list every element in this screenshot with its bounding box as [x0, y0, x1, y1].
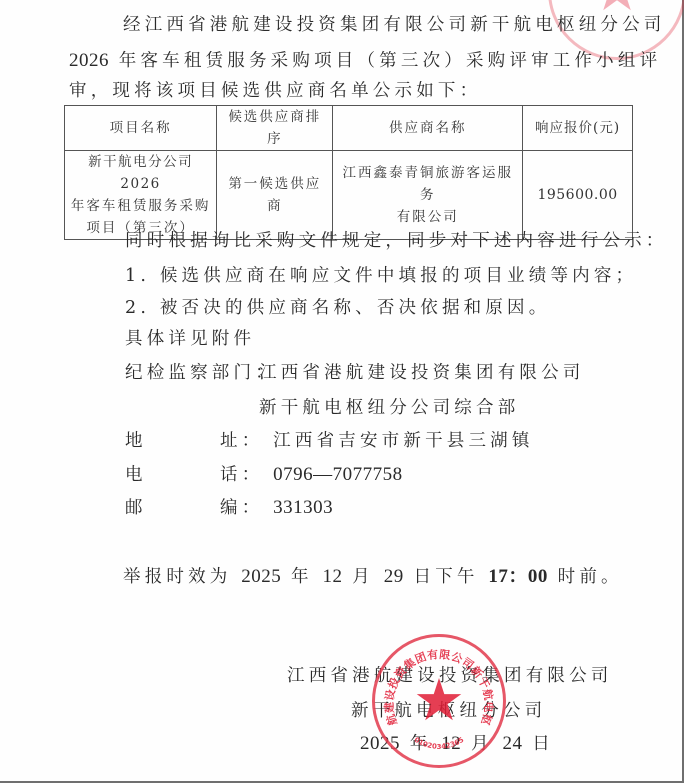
body-attachment: 具体详见附件 — [125, 328, 255, 350]
contact-postcode-row: 邮 — [125, 497, 147, 519]
cell-price: 195600.00 — [523, 151, 633, 240]
contact-postcode-row-b: 编： 331303 — [220, 497, 333, 519]
intro-line-3: 审，现将该项目候选供应商名单公示如下： — [69, 80, 481, 102]
deadline-time: 17：00 — [488, 566, 548, 587]
contact-address-value: 江西省吉安市新干县三湖镇 — [273, 431, 533, 451]
report-deadline: 举报时效为 2025 年 12 月 29 日下午 17：00 时前。 — [123, 566, 623, 588]
body-item-2: 2. 被否决的供应商名称、否决依据和原因。 — [125, 297, 550, 319]
contact-address-label-a: 地 — [125, 431, 147, 451]
contact-dept-line-2: 新干航电枢纽分公司综合部 — [259, 398, 519, 418]
table-header-row: 项目名称 候选供应商排序 供应商名称 响应报价(元) — [65, 106, 633, 151]
intro-year: 2026 — [69, 50, 109, 71]
contact-phone-value: 0796—7077758 — [273, 464, 403, 485]
body-para-1: 同时根据询比采购文件规定，同步对下述内容进行公示： — [125, 230, 668, 252]
deadline-day-unit: 日下午 — [414, 567, 479, 587]
body-item-1: 1. 候选供应商在响应文件中填报的项目业绩等内容； — [125, 265, 637, 287]
deadline-day: 29 — [384, 566, 404, 587]
table-row: 新干航电分公司 2026 年客车租赁服务采购 项目（第三次） 第一候选供应商 江… — [65, 151, 633, 240]
signature-org-line-1: 江西省港航建设投资集团有限公司 — [287, 665, 613, 687]
deadline-year: 2025 — [241, 566, 281, 587]
cell-project-name: 新干航电分公司 2026 年客车租赁服务采购 项目（第三次） — [65, 151, 217, 240]
contact-dept-line-1: 江西省港航建设投资集团有限公司 — [259, 363, 585, 383]
document-page: ★ 经江西省港航建设投资集团有限公司新干航电枢纽分公司 2026 年客车租赁服务… — [0, 0, 684, 783]
deadline-prefix: 举报时效为 — [123, 567, 232, 587]
intro-line-2: 2026 年客车租赁服务采购项目（第三次）采购评审工作小组评 — [69, 50, 661, 72]
contact-phone-row-b: 话： 0796—7077758 — [220, 464, 403, 486]
contact-dept-value-1: 江西省港航建设投资集团有限公司 — [259, 362, 585, 384]
header-project-name: 项目名称 — [65, 106, 217, 151]
signature-day-unit: 日 — [532, 734, 554, 754]
signature-org-1: 江西省港航建设投资集团有限公司 — [287, 666, 613, 686]
signature-year: 2025 — [360, 733, 400, 754]
intro-text-3: 审，现将该项目候选供应商名单公示如下： — [69, 81, 481, 101]
contact-address-row-b: 址： 江西省吉安市新干县三湖镇 — [220, 430, 534, 452]
header-supplier-name: 供应商名称 — [333, 106, 523, 151]
signature-org-line-2: 新干航电枢纽分公司 — [351, 700, 546, 722]
supplier-name-line-2: 有限公司 — [337, 206, 518, 228]
contact-dept-row: 纪检监察部门： — [125, 362, 277, 384]
contact-postcode-label-b: 编： — [220, 498, 263, 518]
header-price: 响应报价(元) — [523, 106, 633, 151]
body-item-2-text: 2. 被否决的供应商名称、否决依据和原因。 — [125, 298, 550, 318]
body-item-1-text: 1. 候选供应商在响应文件中填报的项目业绩等内容； — [125, 266, 637, 286]
intro-line-1: 经江西省港航建设投资集团有限公司新干航电枢纽分公司 — [123, 14, 666, 36]
project-name-line-2: 年客车租赁服务采购 — [69, 195, 212, 217]
contact-postcode-label-a: 邮 — [125, 498, 147, 518]
body-attachment-text: 具体详见附件 — [125, 329, 255, 349]
contact-address-row: 地 — [125, 430, 147, 452]
signature-day: 24 — [502, 733, 522, 754]
signature-org-2: 新干航电枢纽分公司 — [351, 701, 546, 721]
contact-dept-value-2: 新干航电枢纽分公司综合部 — [259, 397, 519, 419]
supplier-name-line-1: 江西鑫泰青铜旅游客运服务 — [337, 162, 518, 206]
deadline-month: 12 — [323, 566, 343, 587]
contact-dept-label: 纪检监察部门： — [125, 363, 277, 383]
signature-year-unit: 年 — [410, 734, 432, 754]
deadline-suffix: 时前。 — [558, 567, 623, 587]
header-rank: 候选供应商排序 — [217, 106, 333, 151]
contact-phone-label-b: 话： — [220, 465, 263, 485]
contact-phone-label-a: 电 — [125, 465, 147, 485]
signature-month-unit: 月 — [471, 734, 493, 754]
deadline-month-unit: 月 — [352, 567, 374, 587]
contact-address-label-b: 址： — [220, 431, 263, 451]
cell-supplier-name: 江西鑫泰青铜旅游客运服务 有限公司 — [333, 151, 523, 240]
deadline-year-unit: 年 — [291, 567, 313, 587]
intro-text-1: 经江西省港航建设投资集团有限公司新干航电枢纽分公司 — [123, 15, 666, 35]
cell-rank: 第一候选供应商 — [217, 151, 333, 240]
contact-phone-row: 电 — [125, 464, 147, 486]
project-name-line-1: 新干航电分公司 2026 — [69, 151, 212, 195]
body-para-1-text: 同时根据询比采购文件规定，同步对下述内容进行公示： — [125, 231, 668, 251]
contact-postcode-value: 331303 — [273, 497, 333, 518]
intro-text-2: 年客车租赁服务采购项目（第三次）采购评审工作小组评 — [119, 51, 662, 71]
signature-month: 12 — [441, 733, 461, 754]
signature-date: 2025 年 12 月 24 日 — [360, 733, 554, 755]
candidate-table: 项目名称 候选供应商排序 供应商名称 响应报价(元) 新干航电分公司 2026 … — [64, 105, 633, 240]
